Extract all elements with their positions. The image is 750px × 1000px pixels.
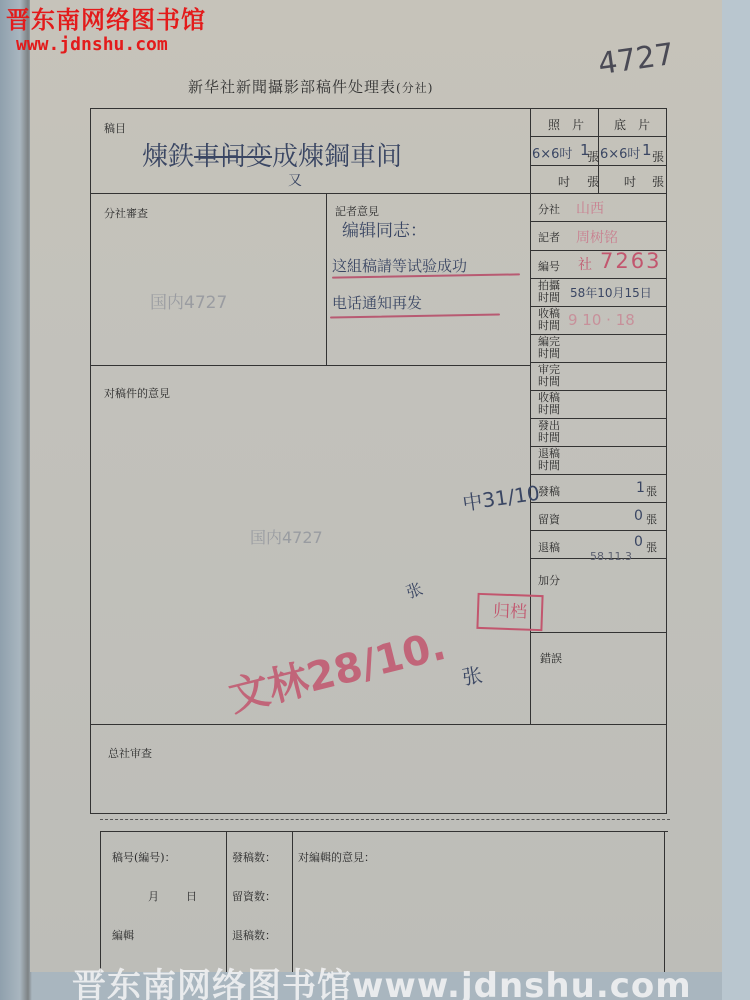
- hq-review-label: 总社审查: [108, 745, 152, 761]
- watermark-top-url: www.jdnshu.com: [16, 34, 168, 55]
- slip-opinion-label: 对編輯的意見：: [298, 849, 375, 865]
- review-done-time-label: 审完时間: [538, 364, 560, 388]
- return-time-label: 退稿时間: [538, 448, 560, 472]
- bonus-label: 加分: [538, 572, 560, 588]
- side-row-line: [530, 474, 666, 475]
- red-signature: 文林28/10.: [222, 614, 450, 723]
- handwritten-initial: 张: [460, 658, 485, 690]
- shoot-time-value: 58年10月15日: [570, 284, 652, 301]
- photo-header: 照 片: [548, 116, 584, 133]
- kept-unit: 張: [646, 511, 657, 527]
- kept-label: 留資: [538, 511, 560, 527]
- side-row-line: [530, 221, 666, 222]
- slip-border-left: [100, 831, 101, 972]
- photo-header-divider: [530, 136, 666, 137]
- slip-month-label: 月: [148, 888, 159, 904]
- slip-divider-1: [226, 831, 227, 972]
- watermark-top-name: 晋东南网络图书馆: [6, 0, 206, 35]
- slip-number-label: 稿号(編号)：: [112, 849, 176, 865]
- receive-time-label: 收稿时間: [538, 308, 560, 332]
- form-title: 新华社新聞攝影部稿件处理表(分社): [188, 76, 433, 97]
- subject-struck-text: 車间变: [194, 142, 272, 172]
- manuscript-faint-stamp: 国内4727: [250, 525, 323, 548]
- archive-stamp: 归档: [476, 593, 543, 631]
- negative-header: 底 片: [614, 116, 650, 133]
- side-row-line: [530, 632, 666, 633]
- error-label: 錯誤: [540, 650, 562, 666]
- slip-kept-count-label: 留資数：: [232, 888, 276, 904]
- table-border-right: [666, 108, 667, 814]
- slip-border-right: [664, 831, 665, 972]
- document-paper: 4727 新华社新聞攝影部稿件处理表(分社) 稿目 煉鉄車间变成煉鋼車间 又 照…: [30, 0, 722, 972]
- sent-value: 1: [636, 480, 645, 496]
- reporter-label: 記者: [538, 229, 560, 245]
- slip-returned-count-label: 退稿数：: [232, 927, 276, 943]
- send-time-label: 發出时間: [538, 420, 560, 444]
- review-row-divider: [90, 365, 530, 366]
- kept-value: 0: [634, 508, 643, 524]
- branch-label: 分社: [538, 201, 560, 217]
- receive-time-value: 9 10 · 18: [568, 311, 635, 329]
- branch-review-label: 分社審查: [104, 205, 148, 221]
- sent-label: 發稿: [538, 483, 560, 499]
- collect-time-label: 收稿时間: [538, 392, 560, 416]
- negative-unit: 張: [652, 148, 664, 165]
- subject-label: 稿目: [104, 120, 126, 136]
- photo-row-divider: [530, 165, 666, 166]
- table-border-top: [90, 108, 666, 109]
- subject-part3: 煉鋼車间: [298, 142, 402, 172]
- number-prefix: 社: [578, 254, 592, 274]
- table-border-left: [90, 108, 91, 814]
- shoot-time-label: 拍攝时間: [538, 280, 560, 304]
- photo-size-value: 6×6吋: [532, 143, 572, 162]
- returned-unit: 張: [646, 539, 657, 555]
- returned-label: 退稿: [538, 539, 560, 555]
- slip-editor-label: 編輯: [112, 927, 134, 943]
- negative-row2-count-unit: 張: [652, 173, 664, 190]
- perforation-line: [100, 819, 670, 820]
- slip-divider-2: [292, 831, 293, 972]
- underline-red: [330, 314, 500, 319]
- slip-border-top: [100, 831, 668, 832]
- branch-review-faint-stamp: 国内4727: [150, 288, 227, 313]
- reporter-opinion-line1: 编辑同志：: [342, 216, 427, 241]
- side-row-line: [530, 502, 666, 503]
- subject-part2: 成: [272, 142, 298, 172]
- form-title-suffix: (分社): [396, 81, 433, 95]
- returned-date: 58.11.3: [590, 550, 632, 563]
- watermark-bottom: 晋东南网络图书馆www.jdnshu.com: [72, 958, 692, 1000]
- table-border-bottom: [90, 813, 667, 814]
- edit-done-time-label: 編完时間: [538, 336, 560, 360]
- photo-row2-size-unit: 吋: [558, 173, 570, 190]
- slip-sent-count-label: 發稿数：: [232, 849, 276, 865]
- reporter-value: 周树铭: [576, 227, 618, 247]
- reporter-opinion-line3: 电话通知再发: [332, 292, 422, 313]
- subject-part1: 煉鉄: [142, 142, 194, 172]
- subject-row-divider: [90, 193, 666, 194]
- hq-row-divider: [90, 724, 666, 725]
- subject-handwriting: 煉鉄車间变成煉鋼車间: [142, 136, 402, 173]
- side-row-line: [530, 530, 666, 531]
- subject-insert-mark: 又: [288, 170, 302, 190]
- negative-count-value: 1: [642, 141, 652, 159]
- reporter-opinion-line2: 这組稿請等试验成功: [332, 255, 467, 276]
- form-title-main: 新华社新聞攝影部稿件处理表: [188, 78, 396, 96]
- sent-unit: 張: [646, 483, 657, 499]
- manuscript-opinion-label: 对稿件的意見: [104, 385, 170, 401]
- branch-value: 山西: [576, 198, 604, 218]
- handwritten-initial: 张: [403, 576, 426, 603]
- negative-row2-size-unit: 吋: [624, 173, 636, 190]
- corner-number: 4727: [596, 37, 676, 82]
- returned-value: 0: [634, 534, 643, 550]
- photo-row2-count-unit: 張: [587, 173, 599, 190]
- background-right: [722, 0, 750, 1000]
- reporter-col-divider: [326, 193, 327, 365]
- number-label: 編号: [538, 258, 560, 274]
- number-value: 7263: [600, 249, 661, 273]
- photo-unit: 張: [587, 148, 599, 165]
- slip-day-label: 日: [186, 888, 197, 904]
- negative-size-value: 6×6吋: [600, 143, 640, 162]
